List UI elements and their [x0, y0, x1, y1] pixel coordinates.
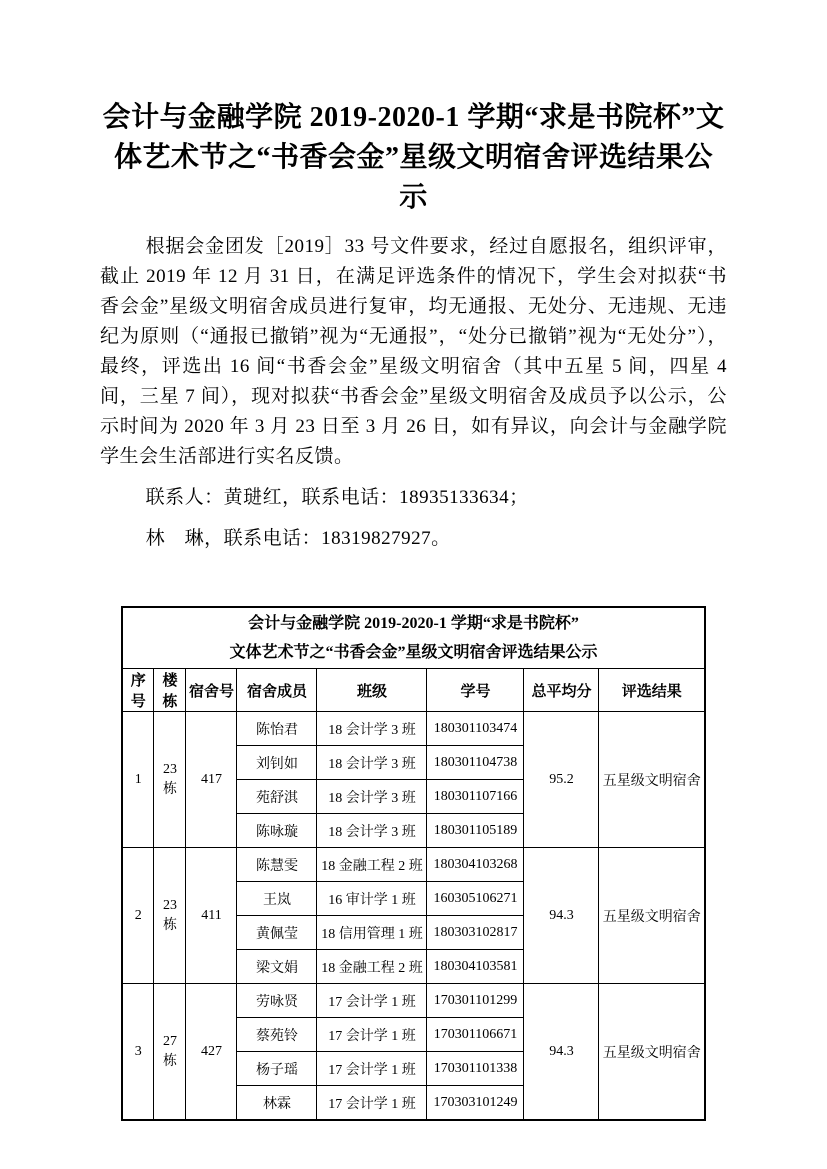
cell-member-id: 170303101249	[427, 1086, 524, 1121]
cell-member-class: 18 会计学 3 班	[317, 746, 427, 780]
table-title-cell: 会计与金融学院 2019-2020-1 学期“求是书院杯” 文体艺术节之“书香会…	[122, 607, 705, 669]
cell-building: 23 栋	[154, 848, 186, 984]
cell-member-class: 17 会计学 1 班	[317, 1018, 427, 1052]
cell-member-name: 陈怡君	[237, 712, 317, 746]
cell-member-class: 18 信用管理 1 班	[317, 916, 427, 950]
cell-member-id: 180301105189	[427, 814, 524, 848]
body-paragraph: 根据会金团发［2019］33 号文件要求，经过自愿报名，组织评审，截止 2019…	[100, 232, 727, 472]
cell-room: 427	[186, 984, 237, 1121]
cell-member-class: 16 审计学 1 班	[317, 882, 427, 916]
cell-member-name: 林霖	[237, 1086, 317, 1121]
cell-member-name: 黄佩莹	[237, 916, 317, 950]
cell-member-class: 17 会计学 1 班	[317, 1052, 427, 1086]
cell-average: 94.3	[524, 848, 599, 984]
cell-member-name: 刘钊如	[237, 746, 317, 780]
column-header: 评选结果	[599, 669, 705, 712]
cell-member-id: 180301107166	[427, 780, 524, 814]
cell-member-name: 苑舒淇	[237, 780, 317, 814]
results-table-container: 会计与金融学院 2019-2020-1 学期“求是书院杯” 文体艺术节之“书香会…	[100, 606, 727, 1121]
cell-member-name: 梁文娟	[237, 950, 317, 984]
cell-member-id: 170301101338	[427, 1052, 524, 1086]
cell-member-class: 18 金融工程 2 班	[317, 848, 427, 882]
table-header-row: 序号楼栋宿舍号宿舍成员班级学号总平均分评选结果	[122, 669, 705, 712]
cell-member-name: 杨子瑶	[237, 1052, 317, 1086]
cell-index: 2	[122, 848, 154, 984]
cell-room: 411	[186, 848, 237, 984]
cell-member-id: 170301101299	[427, 984, 524, 1018]
column-header: 楼栋	[154, 669, 186, 712]
cell-room: 417	[186, 712, 237, 848]
column-header: 班级	[317, 669, 427, 712]
cell-member-id: 180301103474	[427, 712, 524, 746]
cell-building: 23 栋	[154, 712, 186, 848]
column-header: 总平均分	[524, 669, 599, 712]
column-header: 学号	[427, 669, 524, 712]
cell-member-class: 18 金融工程 2 班	[317, 950, 427, 984]
cell-average: 95.2	[524, 712, 599, 848]
cell-member-class: 17 会计学 1 班	[317, 984, 427, 1018]
cell-member-class: 17 会计学 1 班	[317, 1086, 427, 1121]
cell-average: 94.3	[524, 984, 599, 1121]
cell-member-id: 170301106671	[427, 1018, 524, 1052]
cell-member-class: 18 会计学 3 班	[317, 712, 427, 746]
cell-member-name: 蔡苑铃	[237, 1018, 317, 1052]
cell-result: 五星级文明宿舍	[599, 848, 705, 984]
column-header: 宿舍号	[186, 669, 237, 712]
document-title: 会计与金融学院 2019-2020-1 学期“求是书院杯”文体艺术节之“书香会金…	[100, 98, 727, 218]
cell-member-name: 陈慧雯	[237, 848, 317, 882]
cell-result: 五星级文明宿舍	[599, 712, 705, 848]
results-table: 会计与金融学院 2019-2020-1 学期“求是书院杯” 文体艺术节之“书香会…	[121, 606, 706, 1121]
column-header: 序号	[122, 669, 154, 712]
table-title-line-2: 文体艺术节之“书香会金”星级文明宿舍评选结果公示	[124, 638, 703, 667]
cell-member-class: 18 会计学 3 班	[317, 814, 427, 848]
cell-member-id: 180301104738	[427, 746, 524, 780]
document-page: 会计与金融学院 2019-2020-1 学期“求是书院杯”文体艺术节之“书香会金…	[0, 0, 827, 1169]
table-row: 123 栋417陈怡君18 会计学 3 班18030110347495.2五星级…	[122, 712, 705, 746]
cell-building: 27 栋	[154, 984, 186, 1121]
cell-member-name: 王岚	[237, 882, 317, 916]
cell-index: 1	[122, 712, 154, 848]
cell-member-id: 180303102817	[427, 916, 524, 950]
cell-index: 3	[122, 984, 154, 1121]
cell-member-id: 160305106271	[427, 882, 524, 916]
table-row: 327 栋427劳咏贤17 会计学 1 班17030110129994.3五星级…	[122, 984, 705, 1018]
column-header: 宿舍成员	[237, 669, 317, 712]
cell-result: 五星级文明宿舍	[599, 984, 705, 1121]
cell-member-id: 180304103581	[427, 950, 524, 984]
cell-member-class: 18 会计学 3 班	[317, 780, 427, 814]
table-row: 223 栋411陈慧雯18 金融工程 2 班18030410326894.3五星…	[122, 848, 705, 882]
contact-line-2: 林 琳，联系电话：18319827927。	[100, 524, 727, 554]
table-title-row: 会计与金融学院 2019-2020-1 学期“求是书院杯” 文体艺术节之“书香会…	[122, 607, 705, 669]
cell-member-id: 180304103268	[427, 848, 524, 882]
cell-member-name: 陈咏璇	[237, 814, 317, 848]
cell-member-name: 劳咏贤	[237, 984, 317, 1018]
contact-line-1: 联系人：黄琎红，联系电话：18935133634；	[100, 483, 727, 513]
table-title-line-1: 会计与金融学院 2019-2020-1 学期“求是书院杯”	[124, 609, 703, 638]
